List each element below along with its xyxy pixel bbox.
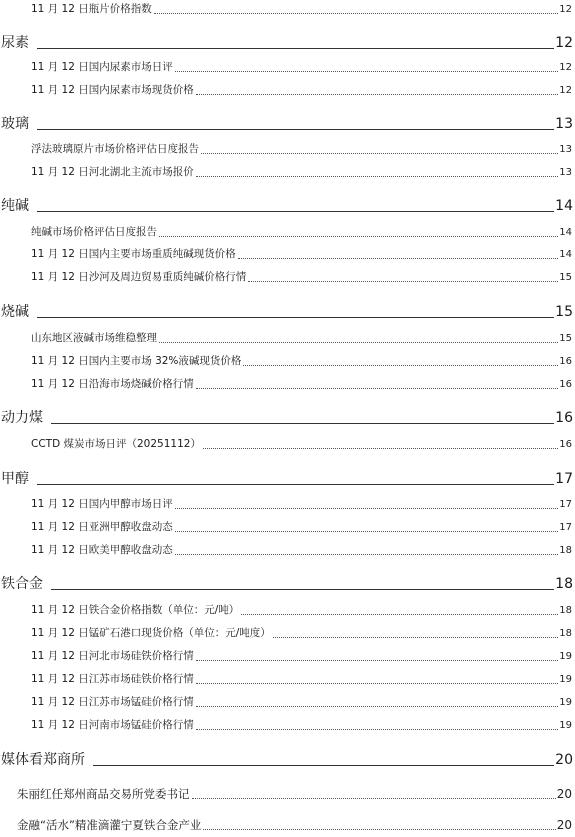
toc-entry-page: 17: [559, 496, 572, 513]
toc-entry[interactable]: 11 月 12 日河北市场硅铁价格行情 19: [0, 648, 572, 665]
dotted-leader: [196, 93, 559, 95]
underline-leader: [37, 316, 554, 318]
dotted-leader: [243, 364, 558, 366]
toc-entry-label: 11 月 12 日国内主要市场 32%液碱现货价格: [31, 353, 241, 370]
toc-entry[interactable]: 朱丽红任郑州商品交易所党委书记 20: [0, 786, 572, 803]
toc-entry-page: 15: [559, 269, 572, 286]
toc-entry-label: 11 月 12 日河南市场锰硅价格行情: [31, 717, 194, 734]
underline-leader: [37, 47, 554, 49]
toc-entry[interactable]: 11 月 12 日国内主要市场 32%液碱现货价格 16: [0, 353, 572, 370]
dotted-leader: [203, 828, 555, 830]
toc-entry-page: 18: [559, 542, 572, 559]
toc-entry-label: 朱丽红任郑州商品交易所党委书记: [17, 786, 190, 803]
dotted-leader: [154, 12, 559, 14]
dotted-leader: [175, 70, 559, 72]
toc-entry[interactable]: 纯碱市场价格评估日度报告 14: [0, 224, 572, 241]
toc-entry-label: 金融“活水”精准滴灌宁夏铁合金产业: [17, 817, 201, 834]
toc-section-title: 尿素: [1, 33, 29, 53]
toc-entry-bottle-chip-index[interactable]: 11 月 12 日瓶片价格指数 12: [0, 1, 572, 18]
dotted-leader: [248, 280, 558, 282]
toc-section-title: 玻璃: [1, 114, 29, 134]
toc-entry[interactable]: 11 月 12 日锰矿石港口现货价格（单位：元/吨度） 18: [0, 625, 572, 642]
toc-section-page: 14: [555, 196, 573, 216]
toc-entry[interactable]: 浮法玻璃原片市场价格评估日度报告 13: [0, 141, 572, 158]
toc-entry-label: 11 月 12 日江苏市场锰硅价格行情: [31, 694, 194, 711]
toc-entry-label: 11 月 12 日国内甲醇市场日评: [31, 496, 173, 513]
toc-entry-page: 16: [559, 353, 572, 370]
toc-entry-label: 11 月 12 日沿海市场烧碱价格行情: [31, 376, 194, 393]
underline-leader: [37, 128, 554, 130]
toc-entry-label: 11 月 12 日欧美甲醇收盘动态: [31, 542, 173, 559]
toc-entry-label: 11 月 12 日亚洲甲醇收盘动态: [31, 519, 173, 536]
toc-section-thermal-coal[interactable]: 动力煤 16: [0, 408, 573, 428]
toc-entry[interactable]: 11 月 12 日河南市场锰硅价格行情 19: [0, 717, 572, 734]
toc-entry[interactable]: 11 月 12 日欧美甲醇收盘动态 18: [0, 542, 572, 559]
toc-section-page: 20: [555, 750, 573, 770]
toc-section-title: 动力煤: [1, 408, 43, 428]
toc-entry-page: 18: [559, 625, 572, 642]
toc-section-page: 15: [555, 302, 573, 322]
toc-section-page: 13: [555, 114, 573, 134]
toc-entry-page: 20: [557, 817, 572, 834]
toc-section-title: 媒体看郑商所: [1, 750, 85, 770]
toc-entry-label: 浮法玻璃原片市场价格评估日度报告: [31, 141, 199, 158]
underline-leader: [37, 210, 554, 212]
dotted-leader: [196, 387, 559, 389]
toc-entry[interactable]: 11 月 12 日铁合金价格指数（单位：元/吨） 18: [0, 602, 572, 619]
toc-section-ferroalloy[interactable]: 铁合金 18: [0, 574, 573, 594]
toc-entry-page: 19: [559, 694, 572, 711]
toc-entry-label: 11 月 12 日铁合金价格指数（单位：元/吨）: [31, 602, 239, 619]
toc-entry-page: 19: [559, 671, 572, 688]
toc-entry-label: 11 月 12 日瓶片价格指数: [31, 1, 152, 18]
toc-section-methanol[interactable]: 甲醇 17: [0, 469, 573, 489]
dotted-leader: [241, 613, 558, 615]
toc-entry-page: 20: [557, 786, 572, 803]
toc-entry-label: 11 月 12 日沙河及周边贸易重质纯碱价格行情: [31, 269, 246, 286]
toc-entry-label: 山东地区液碱市场维稳整理: [31, 330, 157, 347]
dotted-leader: [159, 341, 558, 343]
dotted-leader: [203, 447, 558, 449]
toc-entry-page: 14: [559, 224, 572, 241]
toc-entry-page: 16: [559, 376, 572, 393]
dotted-leader: [196, 659, 559, 661]
toc-section-soda-ash[interactable]: 纯碱 14: [0, 196, 573, 216]
toc-entry-page: 17: [559, 519, 572, 536]
dotted-leader: [192, 797, 556, 799]
dotted-leader: [175, 553, 559, 555]
toc-entry[interactable]: 11 月 12 日国内尿素市场日评 12: [0, 59, 572, 76]
toc-section-caustic-soda[interactable]: 烧碱 15: [0, 302, 573, 322]
toc-section-title: 铁合金: [1, 574, 43, 594]
toc-entry-label: 11 月 12 日河北湖北主流市场报价: [31, 164, 194, 181]
underline-leader: [51, 422, 554, 424]
toc-entry[interactable]: 山东地区液碱市场维稳整理 15: [0, 330, 572, 347]
toc-section-page: 17: [555, 469, 573, 489]
underline-leader: [93, 764, 554, 766]
toc-entry-page: 12: [559, 1, 572, 18]
toc-entry[interactable]: 11 月 12 日沙河及周边贸易重质纯碱价格行情 15: [0, 269, 572, 286]
toc-section-page: 18: [555, 574, 573, 594]
dotted-leader: [201, 152, 558, 154]
toc-section-media-on-czce[interactable]: 媒体看郑商所 20: [0, 750, 573, 770]
toc-entry-label: 纯碱市场价格评估日度报告: [31, 224, 157, 241]
toc-entry-page: 13: [559, 164, 572, 181]
toc-entry-label: 11 月 12 日国内主要市场重质纯碱现货价格: [31, 246, 236, 263]
toc-entry[interactable]: 11 月 12 日国内主要市场重质纯碱现货价格 14: [0, 246, 572, 263]
dotted-leader: [196, 682, 559, 684]
toc-entry-page: 13: [559, 141, 572, 158]
toc-entry[interactable]: 金融“活水”精准滴灌宁夏铁合金产业 20: [0, 817, 572, 834]
toc-section-page: 16: [555, 408, 573, 428]
dotted-leader: [196, 728, 559, 730]
toc-section-glass[interactable]: 玻璃 13: [0, 114, 573, 134]
underline-leader: [37, 483, 554, 485]
dotted-leader: [175, 507, 559, 509]
toc-entry-label: CCTD 煤炭市场日评（20251112）: [31, 436, 201, 453]
toc-entry-page: 12: [559, 59, 572, 76]
toc-section-urea[interactable]: 尿素 12: [0, 33, 573, 53]
toc-entry-page: 19: [559, 648, 572, 665]
toc-entry-page: 16: [559, 436, 572, 453]
toc-entry[interactable]: 11 月 12 日国内尿素市场现货价格 12: [0, 82, 572, 99]
toc-entry-page: 15: [559, 330, 572, 347]
toc-entry-page: 12: [559, 82, 572, 99]
dotted-leader: [196, 175, 559, 177]
dotted-leader: [175, 530, 559, 532]
toc-entry-page: 14: [559, 246, 572, 263]
toc-entry-label: 11 月 12 日江苏市场硅铁价格行情: [31, 671, 194, 688]
toc-entry[interactable]: 11 月 12 日河北湖北主流市场报价 13: [0, 164, 572, 181]
toc-entry[interactable]: 11 月 12 日国内甲醇市场日评 17: [0, 496, 572, 513]
toc-section-title: 甲醇: [1, 469, 29, 489]
toc-entry[interactable]: CCTD 煤炭市场日评（20251112） 16: [0, 436, 572, 453]
toc-section-title: 纯碱: [1, 196, 29, 216]
toc-entry-label: 11 月 12 日锰矿石港口现货价格（单位：元/吨度）: [31, 625, 271, 642]
toc-entry-label: 11 月 12 日河北市场硅铁价格行情: [31, 648, 194, 665]
toc-entry-page: 18: [559, 602, 572, 619]
toc-section-title: 烧碱: [1, 302, 29, 322]
toc-entry-page: 19: [559, 717, 572, 734]
toc-entry-label: 11 月 12 日国内尿素市场现货价格: [31, 82, 194, 99]
toc-section-page: 12: [555, 33, 573, 53]
dotted-leader: [159, 235, 558, 237]
toc-entry[interactable]: 11 月 12 日沿海市场烧碱价格行情 16: [0, 376, 572, 393]
underline-leader: [51, 588, 554, 590]
toc-entry-label: 11 月 12 日国内尿素市场日评: [31, 59, 173, 76]
toc-entry[interactable]: 11 月 12 日亚洲甲醇收盘动态 17: [0, 519, 572, 536]
dotted-leader: [273, 636, 558, 638]
dotted-leader: [238, 257, 559, 259]
toc-entry[interactable]: 11 月 12 日江苏市场锰硅价格行情 19: [0, 694, 572, 711]
toc-entry[interactable]: 11 月 12 日江苏市场硅铁价格行情 19: [0, 671, 572, 688]
dotted-leader: [196, 705, 559, 707]
